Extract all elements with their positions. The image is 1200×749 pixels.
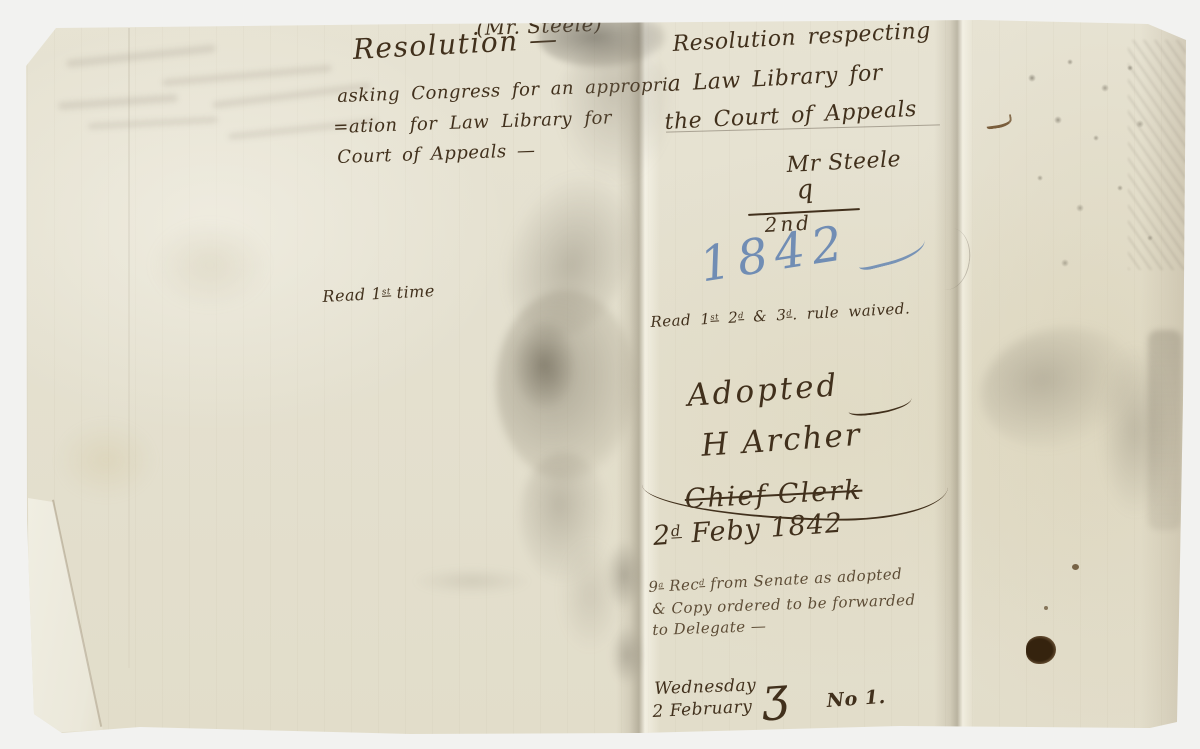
gray-wash-stain	[969, 313, 1150, 464]
foxing-blotch	[56, 420, 156, 500]
document-scan: (Mr. Steele) Resolution — asking Congres…	[0, 0, 1200, 749]
bleedthrough-stroke	[88, 117, 218, 130]
crease-smudge	[606, 540, 642, 610]
bleedthrough-stroke	[162, 65, 332, 87]
dark-ink-blot	[1026, 636, 1056, 664]
hatch-scuff-marks	[1128, 40, 1186, 270]
gray-wash-stain	[520, 452, 608, 582]
document-number: No 1.	[826, 686, 886, 712]
brown-ink-mark	[985, 114, 1012, 130]
bleedthrough-stroke	[58, 94, 178, 110]
readings-note: Read 1st 2d & 3d. rule waived.	[650, 299, 911, 331]
crease-smudge	[610, 625, 644, 685]
transmittal-note-line: & Copy ordered to be forwarded	[652, 591, 916, 618]
docket-title-line: a Law Library for	[667, 61, 883, 97]
blue-year-flourish	[854, 230, 928, 272]
edge-smudge	[1148, 330, 1182, 530]
day-note-line: 2 February	[652, 697, 753, 722]
pencil-squiggle	[924, 225, 974, 292]
adopted-swash-flourish	[847, 393, 913, 418]
right-fold-crease	[934, 0, 974, 749]
left-body-line: =ation for Law Library for	[333, 107, 612, 138]
bottom-left-folded-flap	[27, 492, 117, 737]
gray-wash-stain	[560, 540, 620, 650]
foxing-blotch	[150, 220, 270, 310]
gray-wash-stain	[496, 290, 636, 480]
paper-sheet: (Mr. Steele) Resolution — asking Congres…	[0, 0, 1200, 749]
bleedthrough-stroke	[66, 44, 216, 68]
faint-streak	[412, 568, 532, 594]
action-date: 2d Feby 1842	[652, 508, 844, 552]
speckle-spots	[1010, 28, 1180, 298]
gray-wash-stain	[512, 320, 576, 410]
docket-title-line: Resolution respecting	[672, 18, 931, 56]
underlying-page-edge	[128, 28, 130, 668]
sponsor-name: Mr Steele	[786, 147, 902, 178]
adopted-notation: Adopted	[686, 367, 841, 414]
blue-year-notation: 1842	[696, 215, 853, 294]
first-reading-note: Read 1st time	[322, 281, 435, 306]
left-body-line: Court of Appeals —	[337, 140, 536, 168]
left-title: Resolution —	[352, 22, 559, 66]
gray-wash-stain	[485, 156, 652, 355]
day-note-line: Wednesday	[654, 675, 757, 699]
ink-dot	[1072, 564, 1079, 570]
clerk-paraph-flourish: ʒ	[760, 666, 790, 722]
transmittal-note-line: to Delegate —	[652, 617, 767, 639]
clerk-signature: H Archer	[700, 417, 863, 464]
transmittal-note-line: 9a Recd from Senate as adopted	[648, 565, 903, 596]
ink-dot	[1044, 606, 1048, 610]
tally-numerator: q	[795, 174, 815, 206]
gray-wash-stain	[1100, 345, 1170, 515]
left-body-line: asking Congress for an appropri	[337, 74, 669, 107]
